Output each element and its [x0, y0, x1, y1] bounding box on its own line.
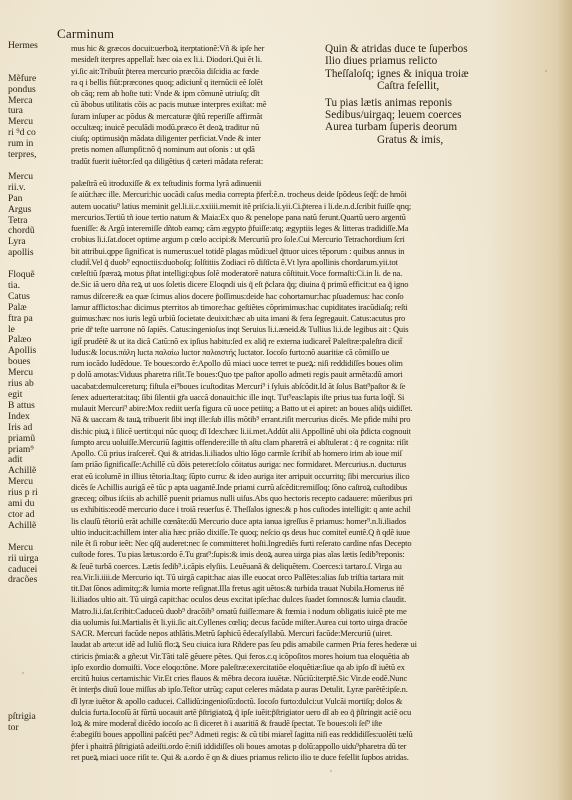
commentary-line: laudat ab arte:ut idẽ ad Iuliũ flo:ꝝ Seu…	[71, 639, 521, 650]
commentary-line: græceq; oĩbus iſciis ab achillẽ puenit p…	[71, 493, 521, 504]
verse-refrain: Caſtra feſellit,	[325, 80, 525, 92]
commentary-line: ipſo exordio domuiſti. Voce eloqo:tõne. …	[71, 662, 521, 673]
commentary-line: yi.ſic ait:Tribuũt p̃terea mercurio præc…	[71, 66, 316, 77]
commentary-line: ciuſq; optimusiq̃n mãdata diligenter per…	[71, 133, 316, 144]
commentary-line: ludus:& locus.πάλη lucta παλαίω luctor π…	[71, 347, 521, 358]
commentary-line: erat eũ icolumẽ in illius tẽtoria.Itaq; …	[71, 471, 521, 482]
commentary-line: rum iocãdo ludẽdoue. Te boues:ordo ẽ:Apo…	[71, 358, 521, 369]
commentary-line: cœleſtiũ ſpæraꝝ motus p̃ſtat intelligi:q…	[71, 268, 521, 279]
margin-note: Iris ad	[8, 423, 70, 434]
commentary-line: SACR. Mercuri facũde nepos athlãtis.Metr…	[71, 628, 521, 639]
margin-glosses: Hermes MẽfurepondusMercaturaMercuri ⁹d c…	[8, 41, 70, 586]
margin-note: apollis	[8, 248, 70, 259]
commentary-line: pretis nomen aſſumpſit:nõ q̃ nominum aut…	[71, 144, 316, 155]
commentary-line: li.iliados ultio ait. Tũ uirgã capit:hac…	[71, 594, 521, 605]
commentary-line: bit attribui.qppe ſignificat is numerus:…	[71, 246, 521, 257]
margin-note: dracões	[8, 575, 70, 586]
commentary-line: Apollo. Cũ prius iraſceret̃. Qui & atrid…	[71, 448, 521, 459]
verse-line: Theſſaloſq; ignes & iniqua troiæ	[325, 68, 525, 80]
commentary-line: de.Sic iã uero dña reꝝ ut uos ſoletis di…	[71, 279, 521, 290]
commentary-line: ſam prião ſignificaſſe:Achillẽ cũ dõis p…	[71, 459, 521, 470]
commentary-line: cludit̃.Vel q̃ duob⁹ eqnoctiis:duoboſq; …	[71, 257, 521, 268]
margin-note: rii uirga	[8, 554, 70, 565]
commentary-line: & ſeuẽ turbã coerces. Lætis ſedib⁹.i.cãp…	[71, 561, 521, 572]
commentary-line: ramus diſcere:& ea quæ ſcimus alios doce…	[71, 291, 521, 302]
commentary-line: ẽt interp̃s diuũ Ioue miſſus ab ipſo.Teſ…	[71, 684, 521, 695]
commentary-line: ſuram inſuper ac põdus & mercaturæ q̃ſtũ…	[71, 111, 316, 122]
margin-note: Hermes	[8, 41, 70, 52]
commentary-line: p̃fer i phaitrã p̃ſtrigiatã adeiſti.ordo…	[71, 741, 521, 752]
commentary-line: dis:hic piuꝝ i ſilicẽ uertit:qui nũc quo…	[71, 426, 521, 437]
book-page: Carminum Hermes MẽfurepondusMercaturaMer…	[0, 0, 572, 800]
commentary-line: prie dr̃ teſte uarrone nõ ſapiẽs. Catus:…	[71, 324, 521, 335]
commentary-line: mercurios.Tertiũ tñ ioue tertio natum & …	[71, 212, 521, 223]
commentary-line: ſe aiũt:hæc ille. Mercuri:hic uocãdi caſ…	[71, 189, 521, 200]
commentary-top: mus hic & græcos docuit:uerboꝝ iterptati…	[71, 43, 316, 167]
verse-line: Tu pias lætis animas reponis	[325, 97, 525, 109]
commentary-line: cuſtode fores. Tu pias lætus:ordo ẽ.Tu g…	[71, 549, 521, 560]
commentary-line: dĩ lyræ iuẽtor & apollo caducei. Callidũ…	[71, 696, 521, 707]
page-edge-shadow	[558, 0, 572, 800]
commentary-line: uacabat:demulcereturq; fiſtula ei⁹boues …	[71, 381, 521, 392]
commentary-line: tradũt fuerit iuẽtor:ſed qa diligẽtius q…	[71, 156, 316, 167]
paper-speck	[545, 70, 547, 72]
commentary-line: us exhibitis:eodẽ mercurio duce i troiã …	[71, 504, 521, 515]
verse-line: Ilio diues priamus relicto	[325, 55, 525, 67]
verse-column: Quin & atridas duce te ſuperbos Ilio diu…	[325, 43, 525, 146]
commentary-line: dulcia furta.Iocoſũ ãt fũrtũ uocauit art…	[71, 707, 521, 718]
paper-speck	[95, 150, 97, 152]
margin-glosses-bottom: pſtrigiator	[8, 712, 70, 734]
commentary-line: fueniſſe: & Argũ interemiſſe dñtob eamq;…	[71, 223, 521, 234]
commentary-line: ſumpto arcu uoluiſſe.Mercuriũ ſagittis o…	[71, 437, 521, 448]
margin-note: ftra pa	[8, 314, 70, 325]
margin-note: Achillẽ	[8, 521, 70, 532]
commentary-line: rea.Vir.li.iiii.de Mercurio iqt. Tũ uirg…	[71, 572, 521, 583]
verse-line: Aurea turbam ſuperis deorum	[325, 121, 525, 133]
commentary-line: ob cãq; rem ab hoſte tuti: Vnde & ipm cõ…	[71, 88, 316, 99]
commentary-line: lis clauſũ tẽtoriũ erãt achille cœnãte:d…	[71, 516, 521, 527]
commentary-line: palæſtrã eũ itroduxiſſe & ex teſtudinis …	[71, 178, 521, 189]
paper-speck	[22, 672, 24, 674]
commentary-line: ſenex aduerterat:itaq; ſibi ſilentii gr̃…	[71, 392, 521, 403]
margin-note: pondus	[8, 85, 70, 96]
commentary-line: dia uolumis ſui.Martialis ẽt li.yii.ſic …	[71, 617, 521, 628]
commentary-line: nile ẽt ſi robur ieẽt: Nec qſq̃ auderet:…	[71, 538, 521, 549]
commentary-line: ercitũ huius certamis:hic Vir.Et cries f…	[71, 673, 521, 684]
margin-note: terpres,	[8, 150, 70, 161]
commentary-line: ret pueꝝ miaci uoce riſit te. Qui & a.or…	[71, 752, 521, 763]
commentary-line: p dolũ amotas:Viduus pharetra riſit.Te b…	[71, 369, 521, 380]
commentary-line: igit̃ prudẽtẽ & ut ita dicã Catũ:nõ ex i…	[71, 336, 521, 347]
commentary-line: ra q i bellis fiũt:præcones quoq; adiciu…	[71, 77, 316, 88]
margin-note: Pan	[8, 194, 70, 205]
verse-refrain: Gratus & imis,	[325, 134, 525, 146]
commentary-line: mesideſt iterpres appellat̃: hæc oia ex …	[71, 54, 316, 65]
commentary-line: mulauit Mercuri⁹ abire:Mox rediit uerſa …	[71, 403, 521, 414]
commentary-line: lamur afflictos:hac dicimus pterritos ab…	[71, 302, 521, 313]
commentary-line: mus hic & græcos docuit:uerboꝝ iterptati…	[71, 43, 316, 54]
commentary-line: Nã & uaccam & tauꝝ tribuerit ſibi inqt i…	[71, 414, 521, 425]
margin-note: Mercu	[8, 543, 70, 554]
verse-line: Sedibus/uirgaq; leuem coerces	[325, 109, 525, 121]
commentary-line: dicẽs ſe Achillis aurigã eẽ tũc p apta u…	[71, 482, 521, 493]
commentary-line: ultio inducit:achillem inter alia hæc pr…	[71, 527, 521, 538]
commentary-main: palæſtrã eũ itroduxiſſe & ex teſtudinis …	[71, 178, 521, 763]
commentary-line: ẽ:abegiſti boues appollini paſcẽti pec⁹ …	[71, 729, 521, 740]
margin-note: Argus	[8, 205, 70, 216]
commentary-line: Matro.li.i.ſat.ſcribit:Caduceũ duob⁹ dra…	[71, 606, 521, 617]
commentary-line: tit.Dat ſõnos adimitq;:& lumia morte reſ…	[71, 583, 521, 594]
margin-note: tor	[8, 723, 70, 734]
verse-line: Quin & atridas duce te ſuperbos	[325, 43, 525, 55]
commentary-line: crobius li.i.ſat.docet optime argum p cœ…	[71, 234, 521, 245]
commentary-line: autem uocatiu⁹ latius meminit gel.li.ii.…	[71, 201, 521, 212]
margin-note	[8, 52, 70, 63]
running-head: Carminum	[57, 26, 114, 42]
commentary-line: cũ ãbobus utilitatis cõis ac pacis mutuæ…	[71, 99, 316, 110]
margin-note: Mẽfure	[8, 74, 70, 85]
commentary-line: occultæq; inuicẽ peculãdi modũ.præco ẽt …	[71, 122, 316, 133]
commentary-line: loꝝ & mire moderat̃ dicẽdo iocoſo ac ſi …	[71, 718, 521, 729]
paper-speck	[330, 770, 332, 772]
commentary-line: ctiricis p̃mia:& a gñe:ut Vir.Tãti talẽ …	[71, 651, 521, 662]
commentary-line: guimus:hæc nos iuris legũ urbiũ ſocietat…	[71, 313, 521, 324]
margin-note: priamũ	[8, 434, 70, 445]
